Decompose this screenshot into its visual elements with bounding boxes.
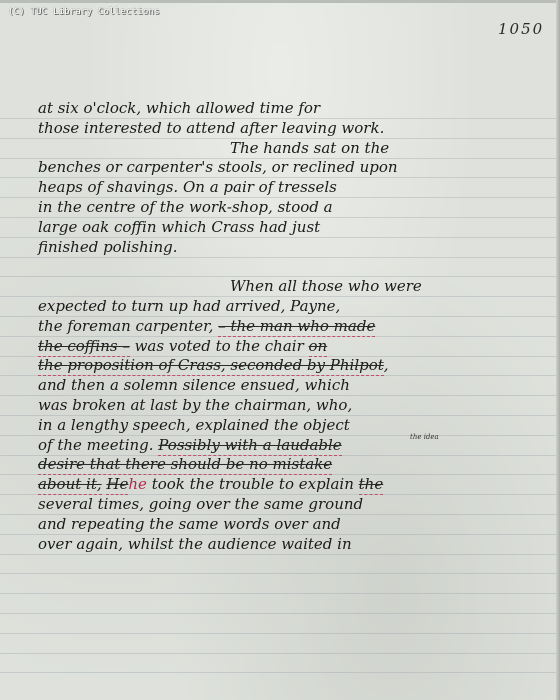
manuscript-line: and then a solemn silence ensued, which <box>38 374 538 396</box>
manuscript-line: When all those who were <box>230 275 540 297</box>
line-text: When all those who were <box>230 277 422 295</box>
line-text: was broken at last by the chairman, who, <box>38 396 352 414</box>
manuscript-line: the proposition of Crass, seconded by Ph… <box>38 354 538 376</box>
manuscript-line: and repeating the same words over and <box>38 513 538 535</box>
manuscript-line: the foreman carpenter, – the man who mad… <box>38 315 538 337</box>
struck-text: desire that there should be no mistake <box>38 455 332 475</box>
line-text: several times, going over the same groun… <box>38 495 363 513</box>
line-text: took the trouble to explain <box>147 475 359 493</box>
line-text: in the centre of the work-shop, stood a <box>38 198 333 216</box>
manuscript-line: those interested to attend after leaving… <box>38 117 538 139</box>
struck-text: He <box>106 475 128 495</box>
line-text: in a lengthy speech, explained the objec… <box>38 416 350 434</box>
line-text: was voted to the chair <box>130 337 309 355</box>
line-text: heaps of shavings. On a pair of tressels <box>38 178 337 196</box>
line-text: of the meeting. <box>38 436 158 454</box>
manuscript-line: was broken at last by the chairman, who, <box>38 394 538 416</box>
manuscript-line: in a lengthy speech, explained the objec… <box>38 414 538 436</box>
manuscript-line: over again, whilst the audience waited i… <box>38 533 538 555</box>
inserted-correction: he <box>128 475 147 493</box>
line-text: finished polishing. <box>38 238 177 256</box>
struck-text: the proposition of Crass, seconded by Ph… <box>38 356 384 376</box>
line-text: , <box>384 356 389 374</box>
manuscript-page: (C) TUC Library Collections 1050 at six … <box>0 0 560 700</box>
line-text: and repeating the same words over and <box>38 515 341 533</box>
interlinear-insertion: the idea <box>410 426 439 448</box>
line-text: benches or carpenter's stools, or reclin… <box>38 158 398 176</box>
line-text: large oak coffin which Crass had just <box>38 218 320 236</box>
handwritten-text: at six o'clock, which allowed time forth… <box>0 0 560 700</box>
manuscript-line: heaps of shavings. On a pair of tressels <box>38 176 538 198</box>
manuscript-line: several times, going over the same groun… <box>38 493 538 515</box>
line-text: at six o'clock, which allowed time for <box>38 99 320 117</box>
line-text: those interested to attend after leaving… <box>38 119 384 137</box>
line-text: and then a solemn silence ensued, which <box>38 376 350 394</box>
line-text: the foreman carpenter, <box>38 317 218 335</box>
manuscript-line: large oak coffin which Crass had just <box>38 216 538 238</box>
line-text: expected to turn up had arrived, Payne, <box>38 297 340 315</box>
manuscript-line: desire that there should be no mistake <box>38 453 538 475</box>
struck-text: – the man who made <box>218 317 375 337</box>
manuscript-line: benches or carpenter's stools, or reclin… <box>38 156 538 178</box>
manuscript-line: in the centre of the work-shop, stood a <box>38 196 538 218</box>
manuscript-line: expected to turn up had arrived, Payne, <box>38 295 538 317</box>
manuscript-line: about it, Hehe took the trouble to expla… <box>38 473 538 495</box>
line-text: The hands sat on the <box>230 139 389 157</box>
struck-text: the <box>359 475 384 495</box>
line-text: over again, whilst the audience waited i… <box>38 535 352 553</box>
struck-text: about it, <box>38 475 102 495</box>
manuscript-line <box>38 255 538 277</box>
manuscript-line: at six o'clock, which allowed time for <box>38 97 538 119</box>
